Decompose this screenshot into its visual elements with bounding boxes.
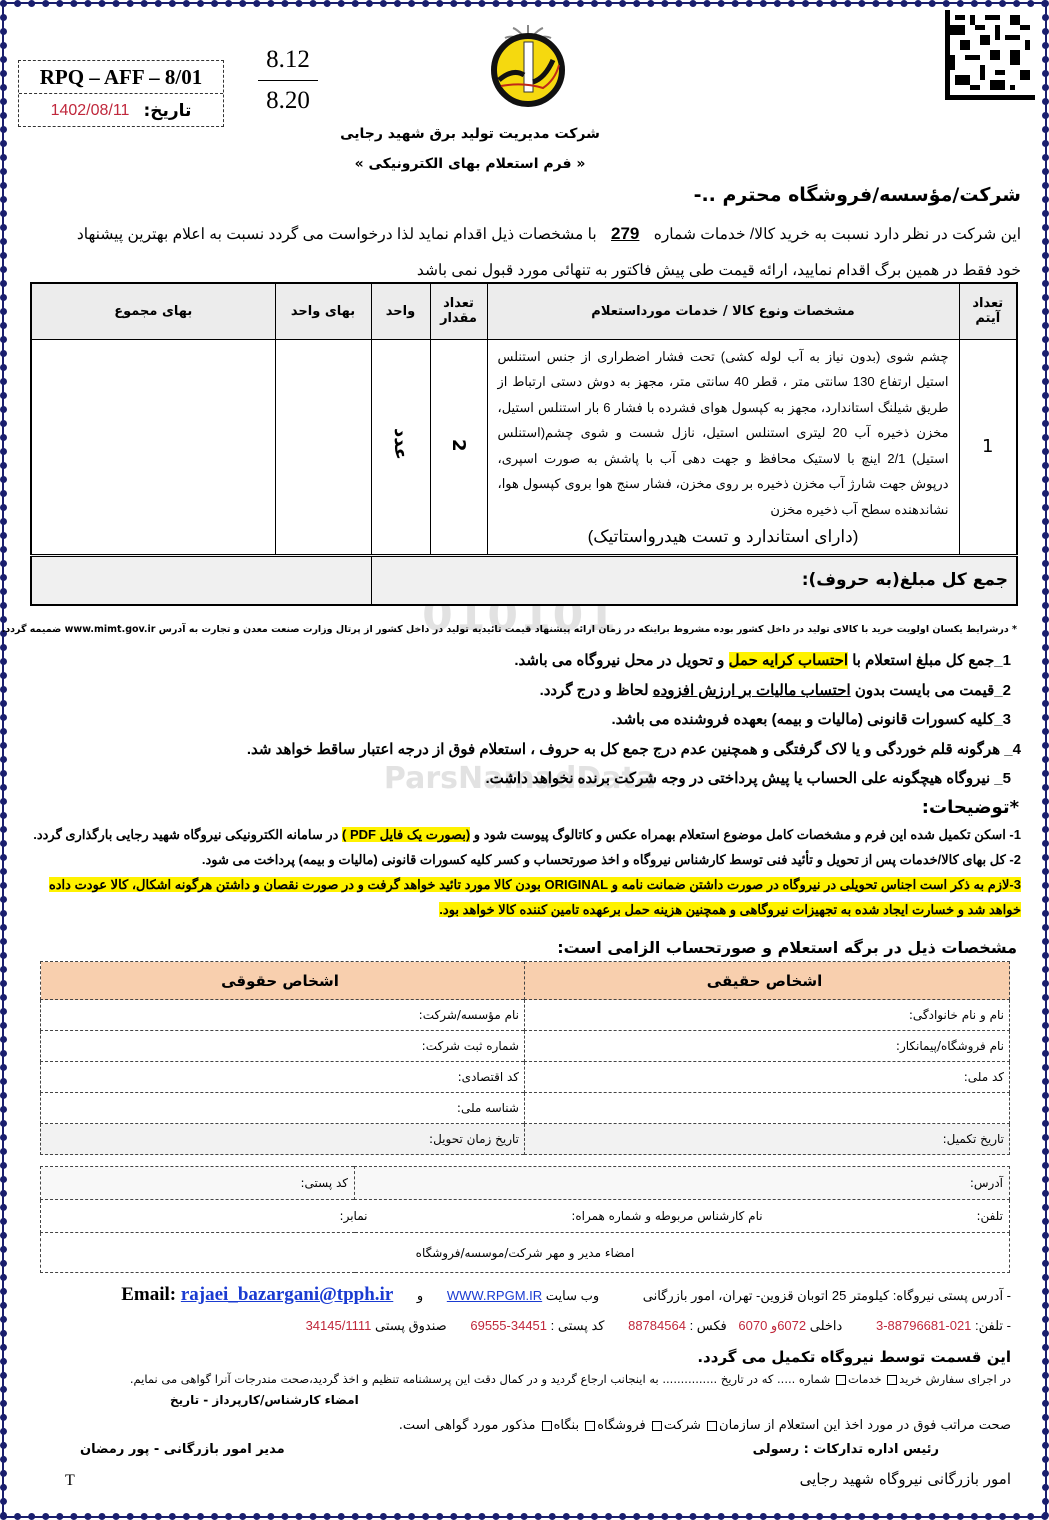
and-text: و bbox=[417, 1288, 423, 1303]
total-value-field[interactable] bbox=[31, 555, 371, 605]
contact-row: تلفن: نام کارشناس مربوطه و شماره همراه: … bbox=[41, 1200, 1010, 1233]
explanation-item: 1- اسکن تکمیل شده این فرم و مشخصات کامل … bbox=[21, 822, 1021, 847]
col-item-count: تعداد آیتم bbox=[959, 283, 1017, 339]
phone-label: تلفن: bbox=[976, 1209, 1003, 1223]
item-unit-price-field[interactable] bbox=[275, 339, 371, 555]
email-label: Email: bbox=[121, 1284, 176, 1305]
required-info-title: مشخصات ذیل در برگه استعلام و صورتحساب ال… bbox=[557, 938, 1017, 957]
organization-checkbox[interactable] bbox=[707, 1421, 717, 1431]
address-line: - آدرس پستی نیروگاه: کیلومتر 25 اتوبان ق… bbox=[11, 1280, 1011, 1311]
plant-phone-label: - تلفن: bbox=[975, 1318, 1011, 1333]
pobox-value: 34145/1111 bbox=[306, 1318, 372, 1333]
field-economic-code[interactable]: کد اقتصادی: bbox=[41, 1062, 525, 1093]
field-completion-date[interactable]: تاریخ تکمیل: bbox=[525, 1124, 1010, 1155]
fax-label: نمابر: bbox=[340, 1209, 368, 1223]
field-address[interactable]: آدرس: bbox=[355, 1167, 1010, 1200]
plant-section-title: این قسمت توسط نیروگاه تکمیل می گردد. bbox=[697, 1348, 1011, 1366]
footnote: * درشرایط یکسان اولویت خرید با کالای تول… bbox=[2, 624, 1017, 635]
field-store-name[interactable]: نام فروشگاه/پیمانکار: bbox=[525, 1031, 1010, 1062]
company-checkbox[interactable] bbox=[652, 1421, 662, 1431]
services-checkbox[interactable] bbox=[836, 1375, 846, 1385]
intro-text-1: این شرکت در نظر دارد نسبت به خرید کالا/ … bbox=[654, 226, 1021, 243]
phone-line: - تلفن: 021-88796681-3 داخلی 6072و 6070 … bbox=[11, 1311, 1011, 1341]
item-note: (دارای استاندارد و تست هیدرواستاتیک) bbox=[498, 524, 949, 550]
ext-label: داخلی bbox=[810, 1318, 843, 1333]
unit-value: عدد bbox=[390, 428, 411, 460]
date-value: 1402/08/11 bbox=[51, 102, 130, 120]
parties-row: نام فروشگاه/پیمانکار: شماره ثبت شرکت: bbox=[41, 1031, 1010, 1062]
greeting: شرکت/مؤسسه/فروشگاه محترم ..- bbox=[694, 184, 1021, 206]
address-text: - آدرس پستی نیروگاه: کیلومتر 25 اتوبان ق… bbox=[643, 1288, 1011, 1303]
fraction-bottom: 8.20 bbox=[258, 83, 318, 119]
legal-persons-header: اشخاص حقوقی bbox=[41, 962, 525, 1000]
field-national-code[interactable]: کد ملی: bbox=[525, 1062, 1010, 1093]
field-registration-number[interactable]: شماره ثبت شرکت: bbox=[41, 1031, 525, 1062]
condition-highlight: احتساب کرایه حمل bbox=[729, 652, 848, 669]
col-unit-price: بهای واحد bbox=[275, 283, 371, 339]
company-logo-icon bbox=[483, 20, 573, 110]
opt-store: فروشگاه bbox=[597, 1418, 646, 1433]
item-unit: عدد bbox=[371, 339, 430, 555]
explanation-item: 3-لازم به ذکر است اجناس تحویلی در نیروگا… bbox=[21, 872, 1021, 922]
condition-text: 2_قیمت می بایست بدون bbox=[851, 682, 1011, 699]
email-link[interactable]: rajaei_bazargani@tpph.ir bbox=[181, 1284, 393, 1305]
item-number: 1 bbox=[959, 339, 1017, 555]
item-description-text: چشم شوی (بدون نیاز به آب لوله کشی) تحت ف… bbox=[498, 349, 949, 517]
condition-item: 1_جمع کل مبلغ استعلام با احتساب کرایه حم… bbox=[131, 646, 1011, 676]
plant-postal: 34451-69555 bbox=[470, 1318, 547, 1333]
verify-text-end: مذکور مورد گواهی است. bbox=[399, 1418, 536, 1433]
condition-text: 1_جمع کل مبلغ استعلام با bbox=[848, 652, 1011, 669]
plant-phone: 021-88796681-3 bbox=[876, 1318, 971, 1333]
col-unit: واحد bbox=[371, 283, 430, 339]
col-description: مشخصات ونوع کالا / خدمات مورداستعلام bbox=[487, 283, 959, 339]
expert-signature: امضاء کارشناس/کارپرداز - تاریخ bbox=[170, 1393, 359, 1407]
procurement-head: رئیس اداره تدارکات : رسولی bbox=[753, 1442, 939, 1457]
contact-table: آدرس: کد پستی: تلفن: نام کارشناس مربوطه … bbox=[40, 1166, 1010, 1273]
request-number: 279 bbox=[601, 224, 649, 243]
field-national-id[interactable]: شناسه ملی: bbox=[41, 1093, 525, 1124]
field-empty[interactable] bbox=[525, 1093, 1010, 1124]
item-description: چشم شوی (بدون نیاز به آب لوله کشی) تحت ف… bbox=[487, 339, 959, 555]
opt-agency: بنگاه bbox=[554, 1418, 580, 1433]
company-name: شرکت مدیریت تولید برق شهید رجایی bbox=[300, 126, 640, 142]
signature-field[interactable]: امضاء مدیر و مهر شرکت/موسسه/فروشگاه bbox=[41, 1233, 1010, 1273]
expert-label: نام کارشناس مربوطه و شماره همراه: bbox=[571, 1209, 762, 1223]
condition-text: لحاظ و درج گردد. bbox=[540, 682, 653, 699]
col-total-price: بهای مجموع bbox=[31, 283, 275, 339]
field-full-name[interactable]: نام و نام خانوادگی: bbox=[525, 1000, 1010, 1031]
natural-persons-header: اشخاص حقیقی bbox=[525, 962, 1010, 1000]
explanations-list: 1- اسکن تکمیل شده این فرم و مشخصات کامل … bbox=[21, 822, 1021, 922]
conditions-list: 1_جمع کل مبلغ استعلام با احتساب کرایه حم… bbox=[131, 646, 1011, 794]
form-code: RPQ – AFF – 8/01 bbox=[19, 61, 223, 94]
condition-item: 5_ نیروگاه هیچگونه علی الحساب یا پیش پرد… bbox=[131, 764, 1011, 794]
condition-item: 2_قیمت می بایست بدون احتساب مالیات بر ار… bbox=[131, 676, 1011, 706]
fraction-bar bbox=[258, 80, 318, 81]
plant-fax: 88784564 bbox=[628, 1318, 686, 1333]
email-block: Email: rajaei_bazargani@tpph.ir bbox=[121, 1280, 393, 1310]
items-table: تعداد آیتم مشخصات ونوع کالا / خدمات مورد… bbox=[30, 282, 1018, 606]
website-label: وب سایت bbox=[546, 1288, 599, 1303]
explanation-highlight: 3-لازم به ذکر است اجناس تحویلی در نیروگا… bbox=[49, 877, 1021, 917]
pobox-label: صندوق پستی bbox=[375, 1318, 447, 1333]
parties-table: اشخاص حقیقی اشخاص حقوقی نام و نام خانواد… bbox=[40, 961, 1010, 1155]
plant-text-services: خدمات bbox=[848, 1372, 882, 1386]
field-postal-code[interactable]: کد پستی: bbox=[41, 1167, 355, 1200]
explanations-title: *توضیحات: bbox=[922, 797, 1019, 818]
parties-row: تاریخ تکمیل: تاریخ زمان تحویل: bbox=[41, 1124, 1010, 1155]
contact-row: آدرس: کد پستی: bbox=[41, 1167, 1010, 1200]
total-label-cell: جمع کل مبلغ(به حروف): bbox=[371, 555, 1017, 605]
opt-company: شرکت bbox=[664, 1418, 701, 1433]
condition-text: و تحویل در محل نیروگاه می باشد. bbox=[514, 652, 728, 669]
store-checkbox[interactable] bbox=[585, 1421, 595, 1431]
field-phone-row[interactable]: تلفن: نام کارشناس مربوطه و شماره همراه: … bbox=[41, 1200, 1010, 1233]
explanation-text: در سامانه الکترونیکی نیروگاه شهید رجایی … bbox=[33, 827, 342, 842]
plant-text-1: در اجرای سفارش خرید bbox=[899, 1372, 1011, 1386]
department-name: امور بازرگانی نیروگاه شهید رجایی bbox=[800, 1470, 1011, 1488]
intro-text-2: با مشخصات ذیل اقدام نماید لذا درخواست می… bbox=[77, 226, 597, 243]
condition-item: 3_کلیه کسورات قانونی (مالیات و بیمه) بعه… bbox=[131, 705, 1011, 735]
item-total-price-field[interactable] bbox=[31, 339, 275, 555]
ext-value: 6072و 6070 bbox=[738, 1318, 806, 1333]
col-quantity: تعداد مقدار bbox=[430, 283, 487, 339]
explanation-highlight: (بصورت یک فایل PDF ) bbox=[342, 827, 470, 842]
total-label: جمع کل مبلغ(به حروف): bbox=[802, 570, 1016, 590]
plant-section-text: در اجرای سفارش خرید خدمات شماره ..... که… bbox=[11, 1372, 1011, 1386]
t-mark: T bbox=[65, 1472, 75, 1490]
table-row: 1 چشم شوی (بدون نیاز به آب لوله کشی) تحت… bbox=[31, 339, 1017, 555]
parties-header-row: اشخاص حقیقی اشخاص حقوقی bbox=[41, 962, 1010, 1000]
parties-row: نام و نام خانوادگی: نام مؤسسه/شرکت: bbox=[41, 1000, 1010, 1031]
explanation-text: 1- اسکن تکمیل شده این فرم و مشخصات کامل … bbox=[470, 827, 1021, 842]
verify-text: صحت مراتب فوق در مورد اخذ این استعلام از… bbox=[719, 1418, 1011, 1433]
website-link[interactable]: WWW.RPGM.IR bbox=[447, 1288, 542, 1303]
plant-postal-label: کد پستی : bbox=[551, 1318, 605, 1333]
item-quantity: 2 bbox=[430, 339, 487, 555]
plant-address: - آدرس پستی نیروگاه: کیلومتر 25 اتوبان ق… bbox=[11, 1280, 1011, 1341]
intro-paragraph: این شرکت در نظر دارد نسبت به خرید کالا/ … bbox=[26, 216, 1021, 289]
explanation-item: 2- کل بهای کالا/خدمات پس از تحویل و تأئی… bbox=[21, 847, 1021, 872]
date-label: تاریخ: bbox=[143, 101, 191, 121]
form-code-box: RPQ – AFF – 8/01 تاریخ: 1402/08/11 bbox=[18, 60, 224, 127]
revision-fraction: 8.12 8.20 bbox=[258, 42, 318, 119]
fraction-top: 8.12 bbox=[258, 42, 318, 78]
field-company-name[interactable]: نام مؤسسه/شرکت: bbox=[41, 1000, 525, 1031]
condition-underline: احتساب مالیات بر ارزش افزوده bbox=[653, 682, 851, 699]
field-delivery-date[interactable]: تاریخ زمان تحویل: bbox=[41, 1124, 525, 1155]
agency-checkbox[interactable] bbox=[542, 1421, 552, 1431]
condition-item: 4_ هرگونه قلم خوردگی و یا لاک گرفتگی و ه… bbox=[131, 735, 1021, 765]
commerce-manager: مدیر امور بازرگانی - پور رمضان bbox=[80, 1442, 285, 1457]
barcode-icon bbox=[945, 10, 1035, 100]
plant-fax-label: فکس : bbox=[690, 1318, 727, 1333]
signature-label: امضاء مدیر و مهر شرکت/موسسه/فروشگاه bbox=[416, 1246, 635, 1260]
contact-row: امضاء مدیر و مهر شرکت/موسسه/فروشگاه bbox=[41, 1233, 1010, 1273]
plant-text-2: شماره ..... که در تاریخ ............... … bbox=[130, 1372, 830, 1386]
plant-verification-text: صحت مراتب فوق در مورد اخذ این استعلام از… bbox=[11, 1418, 1011, 1433]
total-row: جمع کل مبلغ(به حروف): bbox=[31, 555, 1017, 605]
items-header-row: تعداد آیتم مشخصات ونوع کالا / خدمات مورد… bbox=[31, 283, 1017, 339]
quantity-value: 2 bbox=[448, 439, 469, 452]
parties-row: شناسه ملی: bbox=[41, 1093, 1010, 1124]
purchase-checkbox[interactable] bbox=[887, 1375, 897, 1385]
date-row: تاریخ: 1402/08/11 bbox=[19, 94, 223, 127]
intro-text-3: خود فقط در همین برگ اقدام نمایید، ارائه … bbox=[417, 262, 1021, 279]
form-title: « فرم استعلام بهای الکترونیکی » bbox=[300, 156, 640, 172]
parties-row: کد ملی: کد اقتصادی: bbox=[41, 1062, 1010, 1093]
